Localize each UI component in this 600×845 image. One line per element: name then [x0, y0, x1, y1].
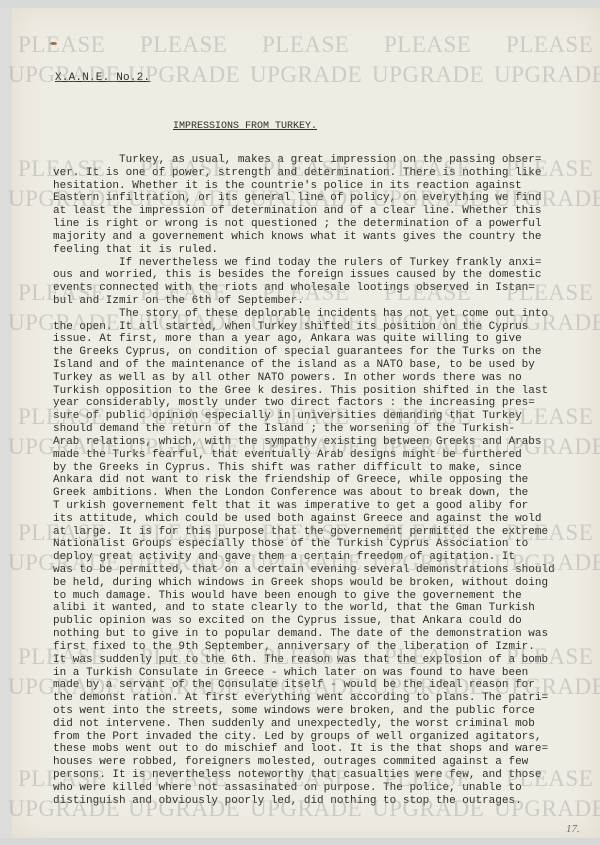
body-line: Ankara did not want to risk the friendsh… — [53, 474, 555, 487]
body-line: in a Turkish Consulate in Greece - which… — [53, 667, 555, 680]
body-line: the demonst ration. At first everything … — [53, 692, 555, 705]
body-line: alibi it wanted, and to state clearly to… — [53, 602, 555, 615]
body-line: distinguish and obviously poorly led, di… — [53, 795, 555, 808]
body-line: nothing but to give in to popular demand… — [53, 628, 555, 641]
scanner-top-edge — [0, 0, 600, 8]
ink-stain — [50, 42, 57, 45]
body-line: Island and of the maintenance of the isl… — [53, 359, 555, 372]
body-line: who were killed where not assasinated on… — [53, 782, 555, 795]
body-line: should demand the return of the Island ;… — [53, 423, 555, 436]
body-line: Eastern infiltration, or its general lin… — [53, 192, 555, 205]
page-number: 17. — [566, 823, 580, 835]
body-line: The story of these deplorable incidents … — [53, 308, 555, 321]
body-line: issue. At first, more than a year ago, A… — [53, 333, 555, 346]
body-line: line is right or wrong is not questioned… — [53, 218, 555, 231]
body-line: these mobs went out to do mischief and l… — [53, 743, 555, 756]
scanner-bottom-edge — [0, 838, 600, 845]
body-line: year considerably, mostly under two dire… — [53, 397, 555, 410]
body-line: made the Turks fearful, that eventually … — [53, 449, 555, 462]
body-line: did not intervene. Then suddenly and une… — [53, 718, 555, 731]
body-line: made by a servant of the Consulate itsel… — [53, 679, 555, 692]
body-line: deploy great activity and gave them a ce… — [53, 551, 555, 564]
body-line: at large. It is for this purpose that th… — [53, 526, 555, 539]
body-line: by the Greeks in Cyprus. This shift was … — [53, 462, 555, 475]
body-line: ots went into the streets, some windows … — [53, 705, 555, 718]
body-line: sure of public opinion especially in uni… — [53, 410, 555, 423]
body-line: Turkey as well as by all other NATO powe… — [53, 372, 555, 385]
document-title: IMPRESSIONS FROM TURKEY. — [173, 121, 317, 132]
body-line: Greek ambitions. When the London Confere… — [53, 487, 555, 500]
body-line: majority and a governement which knows w… — [53, 231, 555, 244]
scanned-page: X.A.N.E. No.2. IMPRESSIONS FROM TURKEY. … — [0, 0, 600, 845]
body-line: be held, during which windows in Greek s… — [53, 577, 555, 590]
body-line: was to be permitted, that on a certain e… — [53, 564, 555, 577]
document-body: Turkey, as usual, makes a great impressi… — [53, 154, 555, 807]
body-line: first fixed to the 9th September, annive… — [53, 641, 555, 654]
body-line: T urkish governement felt that it was im… — [53, 500, 555, 513]
body-line: the open. It all started, when Turkey sh… — [53, 321, 555, 334]
body-line: It was suddenly put to the 6th. The reas… — [53, 654, 555, 667]
body-line: ous and worried, this is besides the for… — [53, 269, 555, 282]
body-line: the Greeks Cyprus, on condition of speci… — [53, 346, 555, 359]
body-line: to much damage. This would have been eno… — [53, 590, 555, 603]
body-line: Arab relations, which, with the sympathy… — [53, 436, 555, 449]
body-line: ver. It is one of power, strength and de… — [53, 167, 555, 180]
body-line: public opinion was so excited on the Cyp… — [53, 615, 555, 628]
body-line: Turkish opposition to the Gree k desires… — [53, 385, 555, 398]
body-line: from the Port invaded the city. Led by g… — [53, 731, 555, 744]
body-line: its attitude, which could be used both a… — [53, 513, 555, 526]
document-reference: X.A.N.E. No.2. — [55, 72, 150, 84]
body-line: at least the impression of determination… — [53, 205, 555, 218]
body-line: If nevertheless we find today the rulers… — [53, 257, 555, 270]
body-line: hesitation. Whether it is the countrie's… — [53, 180, 555, 193]
body-line: Turkey, as usual, makes a great impressi… — [53, 154, 555, 167]
body-line: houses were robbed, foreigners molested,… — [53, 756, 555, 769]
body-line: events connected with the riots and whol… — [53, 282, 555, 295]
body-line: feeling that it is ruled. — [53, 244, 555, 257]
body-line: bul and Izmir on the 6th of September. — [53, 295, 555, 308]
body-line: Nationalist Groups especially those of t… — [53, 538, 555, 551]
body-line: persons. It is nevertheless noteworthy t… — [53, 769, 555, 782]
